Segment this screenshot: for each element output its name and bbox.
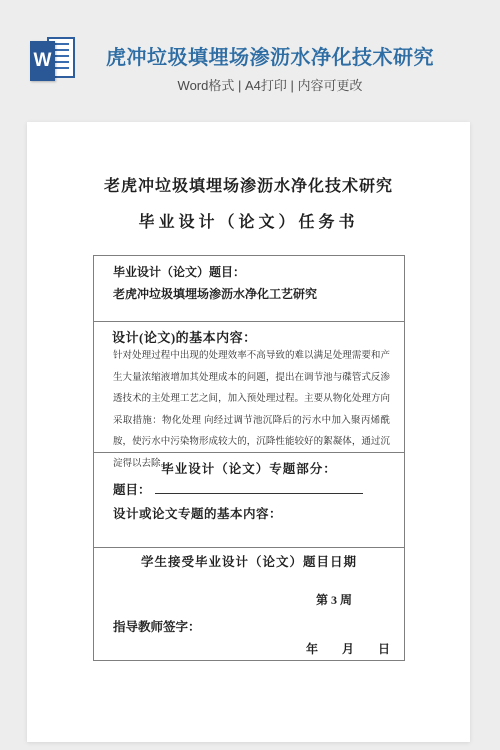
word-icon: W [30,37,76,83]
preview-header: W 虎冲垃圾填埋场渗沥水净化技术研究 Word格式 | A4打印 | 内容可更改 [0,0,500,110]
table-row-content: 设计(论文)的基本内容： 针对处理过程中出现的处理效率不高导致的难以满足处理需要… [94,322,404,453]
format-subtitle: Word格式 | A4打印 | 内容可更改 [90,75,450,94]
page-title: 虎冲垃圾填埋场渗沥水净化技术研究 [90,41,450,70]
document-page: 老虎冲垃圾填埋场渗沥水净化技术研究 毕业设计（论文）任务书 毕业设计（论文）题目… [27,122,470,742]
task-form-table: 毕业设计（论文）题目： 老虎冲垃圾填埋场渗沥水净化工艺研究 设计(论文)的基本内… [93,255,405,661]
topic-value: 老虎冲垃圾填埋场渗沥水净化工艺研究 [113,285,317,302]
document-title: 老虎冲垃圾填埋场渗沥水净化技术研究 [27,173,470,196]
word-icon-letter: W [30,41,55,81]
table-row-special-topic: 毕业设计（论文）专题部分： 题目： 设计或论文专题的基本内容： [94,453,404,548]
document-subtitle: 毕业设计（论文）任务书 [27,209,470,232]
advisor-signature-label: 指导教师签字： [113,617,201,635]
topic-label: 毕业设计（论文）题目： [113,263,245,280]
special-topic-heading: 毕业设计（论文）专题部分： [94,459,404,477]
accept-date-heading: 学生接受毕业设计（论文）题目日期 [94,552,404,570]
week-value: 第 3 周 [316,591,352,608]
special-topic-label-text: 题目： [113,483,151,497]
special-topic-content-label: 设计或论文专题的基本内容： [113,504,282,522]
word-icon-lines [53,43,69,72]
table-row-date: 学生接受毕业设计（论文）题目日期 第 3 周 指导教师签字： 年 月 日 [94,548,404,660]
date-fields-label: 年 月 日 [306,640,390,657]
blank-underline [155,482,363,494]
special-topic-label: 题目： [113,480,363,498]
content-heading: 设计(论文)的基本内容： [112,327,257,346]
table-row-topic: 毕业设计（论文）题目： 老虎冲垃圾填埋场渗沥水净化工艺研究 [94,256,404,322]
